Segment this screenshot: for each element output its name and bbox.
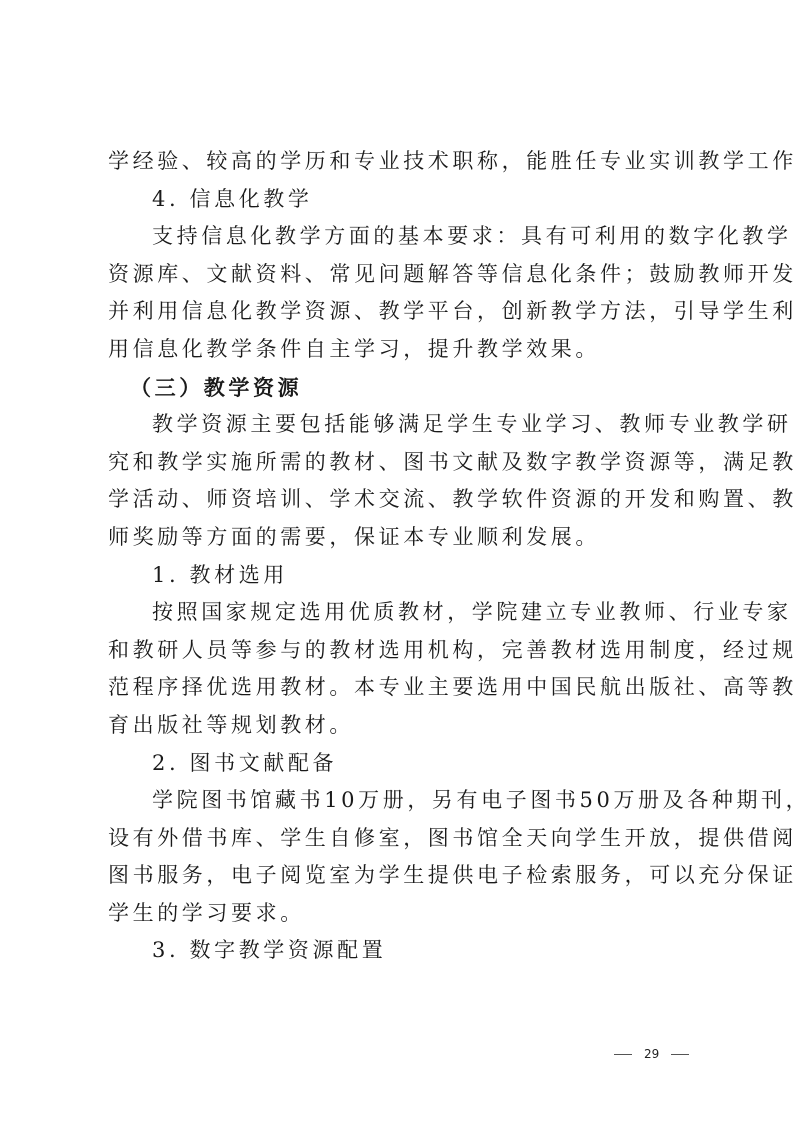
paragraph-line: 图书服务，电子阅览室为学生提供电子检索服务，可以充分保证 bbox=[108, 857, 698, 895]
paragraph-line: 资源库、文献资料、常见问题解答等信息化条件；鼓励教师开发 bbox=[108, 256, 698, 294]
paragraph-line: 究和教学实施所需的教材、图书文献及数字教学资源等，满足教 bbox=[108, 444, 698, 482]
document-body: 学经验、较高的学历和专业技术职称，能胜任专业实训教学工作。 4. 信息化教学 支… bbox=[108, 143, 698, 970]
paragraph-line: 师奖励等方面的需要，保证本专业顺利发展。 bbox=[108, 519, 698, 557]
paragraph-line: 用信息化教学条件自主学习，提升教学效果。 bbox=[108, 331, 698, 369]
paragraph-line: 学活动、师资培训、学术交流、教学软件资源的开发和购置、教 bbox=[108, 481, 698, 519]
paragraph-line: 支持信息化教学方面的基本要求：具有可利用的数字化教学 bbox=[108, 218, 698, 256]
page-footer: 29 bbox=[614, 1047, 689, 1061]
paragraph-line: 范程序择优选用教材。本专业主要选用中国民航出版社、高等教 bbox=[108, 669, 698, 707]
paragraph-line: 学院图书馆藏书10万册，另有电子图书50万册及各种期刊， bbox=[108, 782, 698, 820]
paragraph-line: 按照国家规定选用优质教材，学院建立专业教师、行业专家 bbox=[108, 594, 698, 632]
paragraph-line: 教学资源主要包括能够满足学生专业学习、教师专业教学研 bbox=[108, 406, 698, 444]
page-number: 29 bbox=[644, 1047, 659, 1061]
paragraph-line: 育出版社等规划教材。 bbox=[108, 707, 698, 745]
footer-dash-right bbox=[671, 1054, 689, 1055]
subheading-textbook-selection: 1. 教材选用 bbox=[108, 557, 698, 595]
subheading-library-resources: 2. 图书文献配备 bbox=[108, 745, 698, 783]
paragraph-line: 学生的学习要求。 bbox=[108, 895, 698, 933]
text-line: 学经验、较高的学历和专业技术职称，能胜任专业实训教学工作。 bbox=[108, 143, 698, 181]
subheading-digital-resources: 3. 数字教学资源配置 bbox=[108, 932, 698, 970]
paragraph-line: 并利用信息化教学资源、教学平台，创新教学方法，引导学生利 bbox=[108, 293, 698, 331]
paragraph-line: 和教研人员等参与的教材选用机构，完善教材选用制度，经过规 bbox=[108, 632, 698, 670]
footer-dash-left bbox=[614, 1054, 632, 1055]
subheading-informatization-teaching: 4. 信息化教学 bbox=[108, 181, 698, 219]
section-heading-teaching-resources: （三）教学资源 bbox=[108, 369, 698, 407]
paragraph-line: 设有外借书库、学生自修室，图书馆全天向学生开放，提供借阅 bbox=[108, 820, 698, 858]
